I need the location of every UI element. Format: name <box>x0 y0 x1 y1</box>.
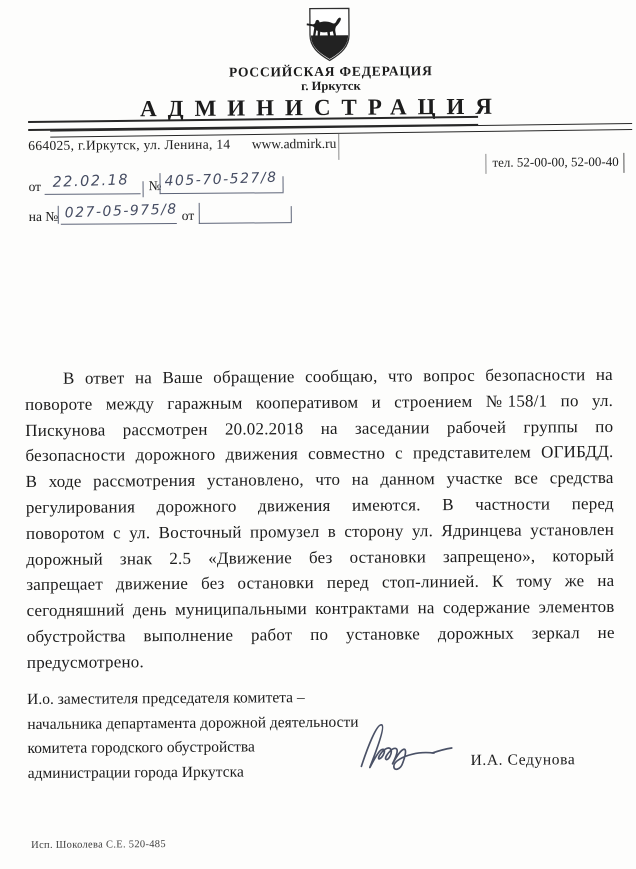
signer-position-line: комитета городского обустройства <box>27 735 358 762</box>
signer-position-line: начальника департамента дорожной деятель… <box>27 710 358 737</box>
address-divider-line <box>338 134 339 160</box>
signer-position-line: администрации города Иркутска <box>28 760 359 787</box>
outgoing-date-handwritten: 22.02.18 <box>52 172 129 191</box>
city-title: г. Иркутск <box>166 78 496 95</box>
scan-tilt-wrapper: РОССИЙСКАЯ ФЕДЕРАЦИЯ г. Иркутск АДМИНИСТ… <box>0 0 636 869</box>
form-tick <box>291 206 292 222</box>
website-text: www.admirk.ru <box>252 136 337 152</box>
executor-line: Исп. Шоколева С.Е. 520-485 <box>31 839 166 851</box>
letter-body-paragraph: В ответ на Ваше обращение сообщаю, что в… <box>25 362 615 676</box>
postal-address: 664025, г.Иркутск, ул. Ленина, 14 <box>28 137 230 153</box>
form-tick <box>282 176 283 192</box>
form-tick <box>58 206 59 224</box>
reply-number-label: на № <box>29 209 59 225</box>
phone-number: тел. 52-00-00, 52-00-40 <box>485 153 624 174</box>
handwritten-signature-icon <box>347 714 465 780</box>
scanned-letter-page: РОССИЙСКАЯ ФЕДЕРАЦИЯ г. Иркутск АДМИНИСТ… <box>0 0 636 869</box>
signer-position-line: И.о. заместителя председателя комитета – <box>27 686 358 713</box>
reply-date-underline <box>199 202 292 224</box>
signer-position-block: И.о. заместителя председателя комитета –… <box>27 686 359 787</box>
form-tick <box>143 181 144 197</box>
signer-name: И.А. Седунова <box>471 751 576 770</box>
reply-date-label: от <box>182 208 195 224</box>
irkutsk-coat-of-arms-icon <box>303 6 355 69</box>
outgoing-date-label: от <box>29 179 42 195</box>
address-row: 664025, г.Иркутск, ул. Ленина, 14 www.ad… <box>28 136 336 154</box>
